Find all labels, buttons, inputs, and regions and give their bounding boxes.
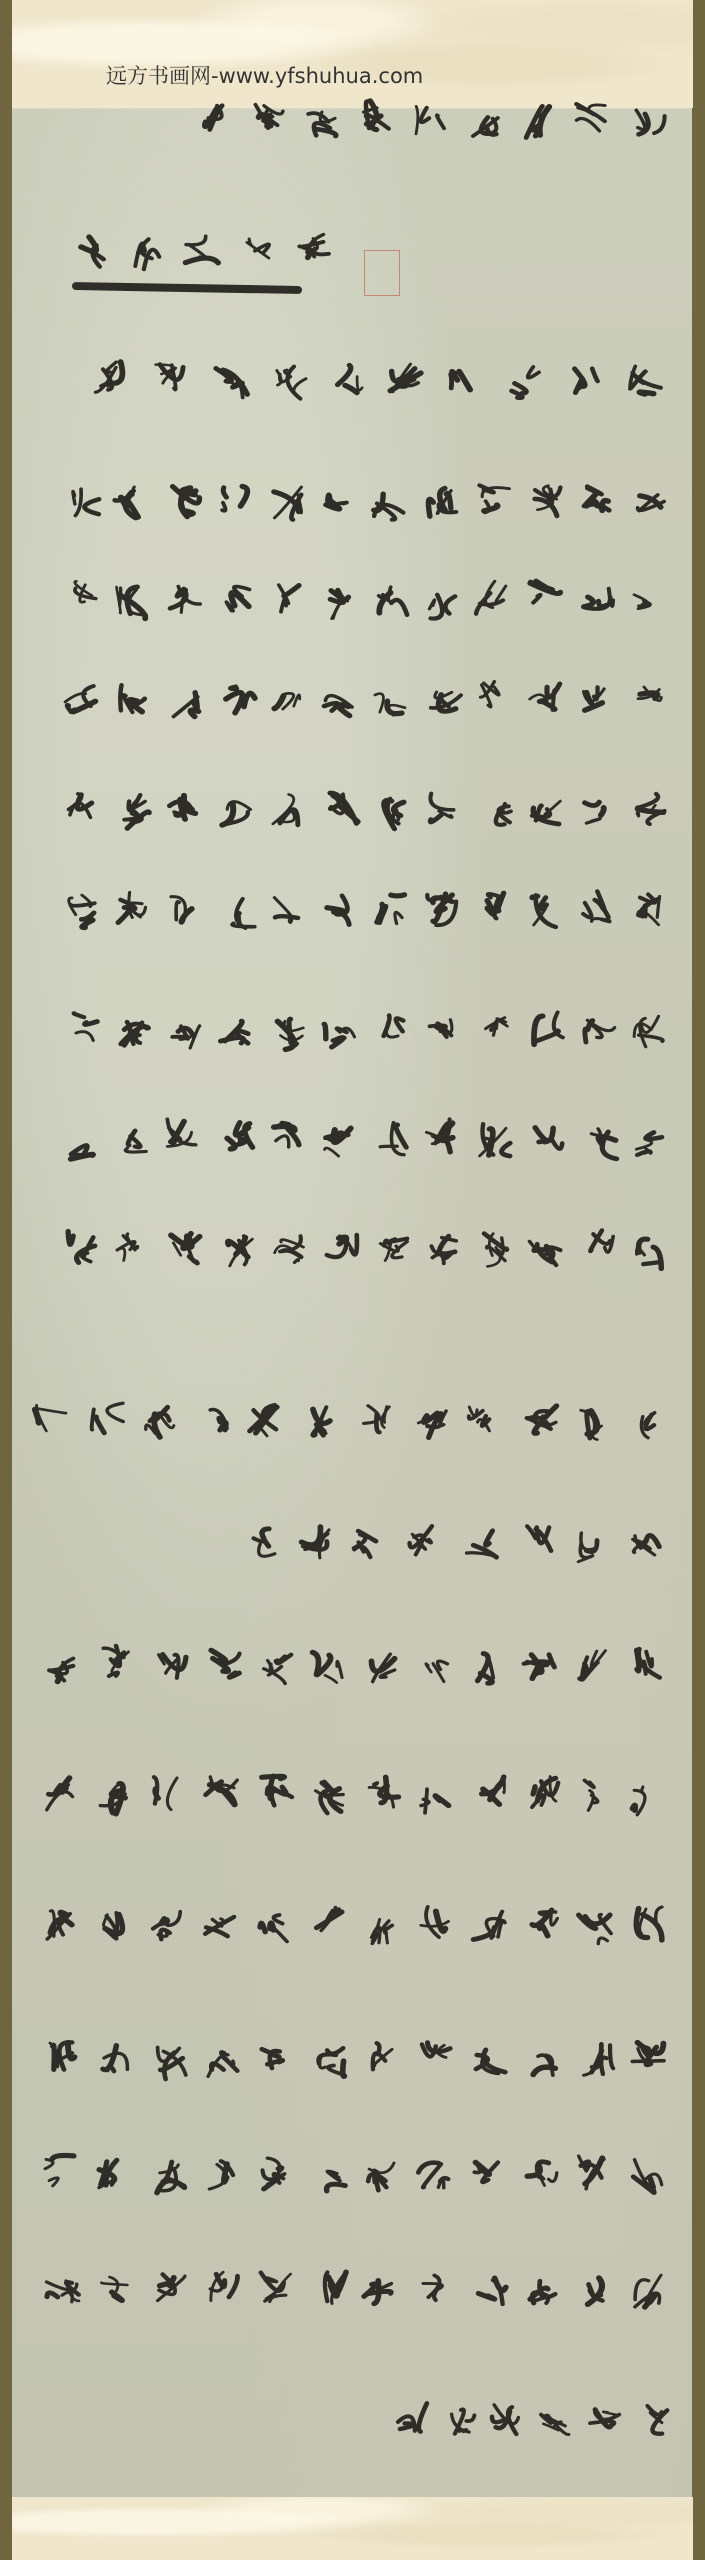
calligraphy-character [522, 890, 568, 934]
calligraphy-character [465, 1647, 511, 1691]
calligraphy-character [419, 888, 465, 932]
calligraphy-character [296, 1519, 342, 1563]
calligraphy-character [218, 891, 264, 935]
calligraphy-character [164, 682, 210, 726]
calligraphy-character [359, 1645, 405, 1689]
calligraphy-character [520, 2150, 566, 2194]
calligraphy-character [626, 680, 672, 724]
calligraphy-character [626, 1776, 672, 1820]
calligraphy-character [443, 355, 489, 399]
calligraphy-character [573, 1905, 619, 1949]
silk-mount-top [12, 0, 693, 108]
calligraphy-character [252, 1903, 298, 1947]
calligraphy-character [523, 1230, 569, 1274]
calligraphy-character [306, 1776, 352, 1820]
calligraphy-character [519, 1398, 565, 1442]
red-seal [364, 250, 400, 296]
calligraphy-character [320, 480, 366, 524]
calligraphy-character [421, 582, 467, 626]
calligraphy-character [623, 1522, 669, 1566]
calligraphy-character [165, 886, 211, 930]
calligraphy-character [628, 1644, 674, 1688]
calligraphy-character [361, 2152, 407, 2196]
calligraphy-character [369, 1224, 415, 1268]
calligraphy-character [95, 2269, 141, 2313]
calligraphy-character [517, 1641, 563, 1685]
calligraphy-character [534, 2400, 578, 2444]
calligraphy-character [419, 788, 465, 832]
calligraphy-character [472, 886, 518, 930]
calligraphy-character [256, 1646, 302, 1690]
calligraphy-character [253, 2267, 299, 2311]
calligraphy-character [166, 1010, 212, 1054]
calligraphy-character [256, 2152, 302, 2196]
calligraphy-character [267, 891, 313, 935]
calligraphy-character [441, 2395, 485, 2439]
calligraphy-character [41, 2269, 87, 2313]
calligraphy-character [520, 100, 566, 144]
calligraphy-character [629, 1402, 675, 1446]
calligraphy-character [254, 2035, 300, 2079]
calligraphy-character [462, 1399, 508, 1443]
calligraphy-character [577, 1005, 623, 1049]
calligraphy-character [522, 791, 568, 835]
calligraphy-character [572, 1644, 618, 1688]
calligraphy-character [268, 481, 314, 525]
calligraphy-character [523, 576, 569, 620]
calligraphy-character [317, 1009, 363, 1053]
calligraphy-character [203, 1645, 249, 1689]
calligraphy-character [467, 2155, 513, 2199]
calligraphy-character [630, 482, 676, 526]
calligraphy-character [127, 231, 173, 275]
calligraphy-character [522, 2266, 568, 2310]
calligraphy-character [383, 359, 429, 403]
calligraphy-character [579, 1225, 625, 1269]
calligraphy-character [242, 1523, 288, 1567]
calligraphy-character [527, 1006, 573, 1050]
calligraphy-character [571, 2270, 617, 2314]
calligraphy-character [460, 1523, 506, 1567]
calligraphy-character [358, 2036, 404, 2080]
calligraphy-character [144, 1903, 190, 1947]
calligraphy-character [564, 359, 610, 403]
calligraphy-character [413, 1900, 459, 1944]
calligraphy-character [328, 358, 374, 402]
calligraphy-character [584, 2399, 628, 2443]
calligraphy-character [369, 578, 415, 622]
calligraphy-character [627, 2154, 673, 2198]
calligraphy-character [266, 788, 312, 832]
calligraphy-character [309, 2041, 355, 2085]
calligraphy-character [624, 1902, 670, 1946]
calligraphy-character [465, 98, 511, 142]
calligraphy-character [575, 2037, 621, 2081]
calligraphy-character [308, 2267, 354, 2311]
calligraphy-character [165, 1228, 211, 1272]
calligraphy-character [578, 474, 624, 518]
calligraphy-character [180, 229, 226, 273]
calligraphy-character [629, 2269, 675, 2313]
calligraphy-character [524, 677, 570, 721]
calligraphy-character [411, 2154, 457, 2198]
calligraphy-character [199, 1901, 245, 1945]
calligraphy-character [419, 1114, 465, 1158]
calligraphy-character [630, 887, 676, 931]
calligraphy-character [569, 1524, 615, 1568]
calligraphy-character [40, 1646, 86, 1690]
calligraphy-character [247, 98, 293, 142]
calligraphy-character [627, 787, 673, 831]
calligraphy-character [195, 98, 241, 142]
calligraphy-character [266, 1225, 312, 1269]
calligraphy-character [302, 98, 348, 142]
calligraphy-character [361, 1770, 407, 1814]
calligraphy-character [161, 1114, 207, 1158]
calligraphy-character [578, 682, 624, 726]
calligraphy-character [628, 98, 674, 142]
calligraphy-character [576, 886, 622, 930]
calligraphy-character [472, 1006, 518, 1050]
calligraphy-character [524, 1121, 570, 1165]
calligraphy-character [91, 2149, 137, 2193]
calligraphy-character [38, 2034, 84, 2078]
calligraphy-character [216, 787, 262, 831]
calligraphy-character [413, 1643, 459, 1687]
calligraphy-character [306, 1901, 352, 1945]
calligraphy-character [358, 2270, 404, 2314]
calligraphy-character [165, 478, 211, 522]
calligraphy-character [574, 1772, 620, 1816]
calligraphy-character [321, 580, 367, 624]
calligraphy-character [515, 1521, 561, 1565]
calligraphy-character [244, 1399, 290, 1443]
calligraphy-character [150, 359, 196, 403]
calligraphy-character [626, 1116, 672, 1160]
calligraphy-character [486, 2399, 530, 2443]
calligraphy-character [362, 1907, 408, 1951]
calligraphy-character [200, 2038, 246, 2082]
calligraphy-character [470, 575, 516, 619]
calligraphy-character [71, 229, 117, 273]
calligraphy-character [150, 2042, 196, 2086]
calligraphy-character [110, 1225, 156, 1269]
calligraphy-character [402, 1521, 448, 1565]
calligraphy-character [415, 2265, 461, 2309]
calligraphy-character [410, 1402, 456, 1446]
calligraphy-character [216, 1115, 262, 1159]
calligraphy-character [522, 1770, 568, 1814]
calligraphy-character [109, 581, 155, 625]
calligraphy-character [577, 787, 623, 831]
calligraphy-character [467, 2036, 513, 2080]
silk-mount-bottom [12, 2497, 693, 2560]
calligraphy-character [195, 1394, 241, 1438]
calligraphy-character [113, 1011, 159, 1055]
calligraphy-character [149, 1645, 195, 1689]
calligraphy-character [202, 2265, 248, 2309]
calligraphy-character [90, 354, 136, 398]
calligraphy-character [94, 1640, 140, 1684]
calligraphy-character [413, 2035, 459, 2079]
calligraphy-character [369, 885, 415, 929]
calligraphy-paper [12, 108, 692, 2499]
calligraphy-character [628, 1009, 674, 1053]
calligraphy-character [164, 575, 210, 619]
calligraphy-character [627, 1231, 673, 1275]
calligraphy-character [368, 482, 414, 526]
calligraphy-character [408, 99, 454, 143]
calligraphy-character [526, 478, 572, 522]
calligraphy-character [576, 578, 622, 622]
calligraphy-character [92, 2039, 138, 2083]
calligraphy-character [472, 474, 518, 518]
calligraphy-character [356, 95, 402, 139]
calligraphy-character [215, 1228, 261, 1272]
calligraphy-character [390, 2395, 434, 2439]
calligraphy-character [420, 1225, 466, 1269]
calligraphy-character [256, 1769, 302, 1813]
calligraphy-character [369, 790, 415, 834]
calligraphy-character [39, 1771, 85, 1815]
calligraphy-character [62, 1226, 108, 1270]
calligraphy-character [414, 1774, 460, 1818]
calligraphy-character [241, 229, 287, 273]
calligraphy-character [144, 1772, 190, 1816]
calligraphy-character [368, 1007, 414, 1051]
calligraphy-character [109, 481, 155, 525]
calligraphy-character [61, 478, 107, 522]
calligraphy-character [308, 2153, 354, 2197]
calligraphy-character [39, 1901, 85, 1945]
calligraphy-character [474, 676, 520, 720]
calligraphy-character [200, 1770, 246, 1814]
calligraphy-character [472, 1119, 518, 1163]
calligraphy-character [60, 1007, 106, 1051]
calligraphy-character [321, 888, 367, 932]
calligraphy-character [570, 97, 616, 141]
calligraphy-character [573, 1401, 619, 1445]
calligraphy-character [634, 2400, 678, 2444]
calligraphy-character [29, 1398, 75, 1442]
calligraphy-character [294, 226, 340, 270]
calligraphy-character [267, 576, 313, 620]
calligraphy-character [267, 1115, 313, 1159]
calligraphy-character [469, 1769, 515, 1813]
calligraphy-character [320, 1228, 366, 1272]
calligraphy-character [95, 1905, 141, 1949]
calligraphy-character [473, 792, 519, 836]
calligraphy-character [304, 1644, 350, 1688]
calligraphy-character [317, 680, 363, 724]
calligraphy-character [267, 680, 313, 724]
calligraphy-character [468, 2266, 514, 2310]
calligraphy-character [624, 357, 670, 401]
calligraphy-character [148, 2265, 194, 2309]
calligraphy-character [113, 677, 159, 721]
calligraphy-character [321, 787, 367, 831]
calligraphy-character [213, 1007, 259, 1051]
watermark-text: 远方书画网-www.yfshuhua.com [106, 60, 423, 90]
calligraphy-character [627, 2035, 673, 2079]
calligraphy-character [111, 1118, 157, 1162]
calligraphy-character [522, 1904, 568, 1948]
calligraphy-character [58, 576, 104, 620]
calligraphy-character [63, 784, 109, 828]
calligraphy-character [109, 885, 155, 929]
calligraphy-character [571, 2151, 617, 2195]
calligraphy-character [91, 1777, 137, 1821]
calligraphy-character [58, 890, 104, 934]
calligraphy-character [467, 1901, 513, 1945]
calligraphy-character [355, 1398, 401, 1442]
calligraphy-character [503, 361, 549, 405]
calligraphy-character [420, 481, 466, 525]
calligraphy-character [161, 786, 207, 830]
calligraphy-character [216, 475, 262, 519]
calligraphy-character [149, 2156, 195, 2200]
calligraphy-character [201, 2155, 247, 2199]
calligraphy-character [303, 1399, 349, 1443]
calligraphy-character [317, 1119, 363, 1163]
calligraphy-character [423, 680, 469, 724]
calligraphy-character [217, 676, 263, 720]
calligraphy-character [58, 680, 104, 724]
calligraphy-character [472, 1228, 518, 1272]
calligraphy-character [371, 1116, 417, 1160]
calligraphy-character [210, 359, 256, 403]
calligraphy-character [38, 2149, 84, 2193]
calligraphy-character [419, 1005, 465, 1049]
calligraphy-character [520, 2041, 566, 2085]
calligraphy-character [269, 1011, 315, 1055]
calligraphy-character [215, 574, 261, 618]
calligraphy-character [627, 574, 673, 618]
calligraphy-character [139, 1400, 185, 1444]
calligraphy-character [85, 1396, 131, 1440]
calligraphy-character [269, 360, 315, 404]
calligraphy-character [579, 1121, 625, 1165]
calligraphy-character [348, 1520, 394, 1564]
calligraphy-character [115, 790, 161, 834]
calligraphy-character [59, 1122, 105, 1166]
calligraphy-character [368, 679, 414, 723]
